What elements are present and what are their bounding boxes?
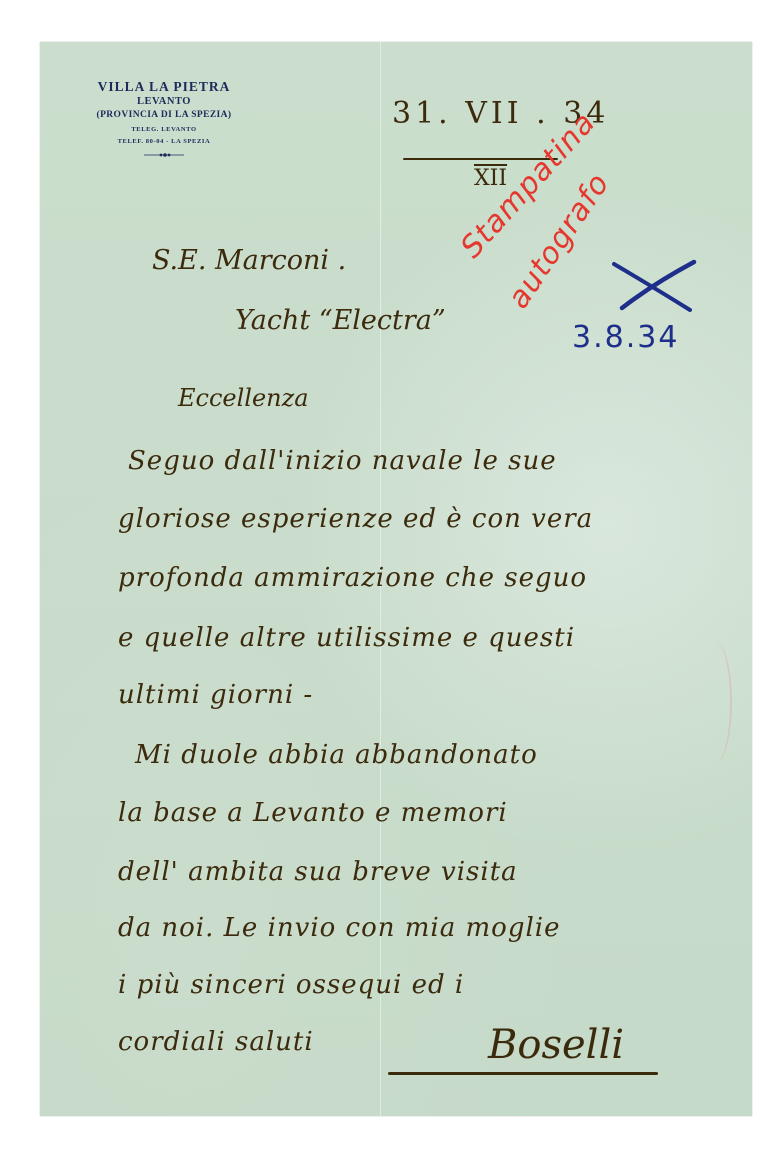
body-line: Mi duole abbia abbandonato — [135, 740, 538, 770]
letterhead-title: VILLA LA PIETRA — [64, 80, 264, 94]
body-line: i più sinceri ossequi ed i — [118, 970, 464, 1000]
body-line: Seguo dall'inizio navale le sue — [128, 446, 557, 476]
body-line: dell' ambita sua breve visita — [118, 857, 518, 887]
body-line: la base a Levanto e memori — [118, 798, 508, 828]
body-line: e quelle altre utilissime e questi — [118, 623, 575, 653]
addressee-location: Yacht “Electra” — [235, 305, 446, 336]
letterhead: VILLA LA PIETRA LEVANTO (PROVINCIA DI LA… — [64, 80, 264, 158]
body-line: cordiali saluti — [118, 1027, 314, 1057]
blue-cross-mark-icon — [608, 254, 698, 314]
signature: Boselli — [488, 1022, 624, 1068]
letterhead-telephone: TELEF. 80-04 - LA SPEZIA — [64, 139, 264, 146]
ornament-icon — [144, 152, 184, 158]
body-line: gloriose esperienze ed è con vera — [118, 504, 593, 534]
signature-flourish — [388, 1072, 658, 1075]
body-line: ultimi giorni - — [118, 680, 313, 710]
letterhead-telegraph: TELEG. LEVANTO — [64, 127, 264, 134]
body-line: da noi. Le invio con mia moglie — [118, 913, 560, 943]
body-line: profonda ammirazione che seguo — [118, 563, 587, 593]
letterhead-city: LEVANTO — [64, 97, 264, 108]
salutation: Eccellenza — [178, 384, 309, 412]
red-smudge-mark — [700, 642, 732, 762]
letterhead-province: (PROVINCIA DI LA SPEZIA) — [64, 111, 264, 121]
addressee: S.E. Marconi . — [152, 245, 346, 276]
blue-received-date: 3.8.34 — [572, 320, 679, 355]
